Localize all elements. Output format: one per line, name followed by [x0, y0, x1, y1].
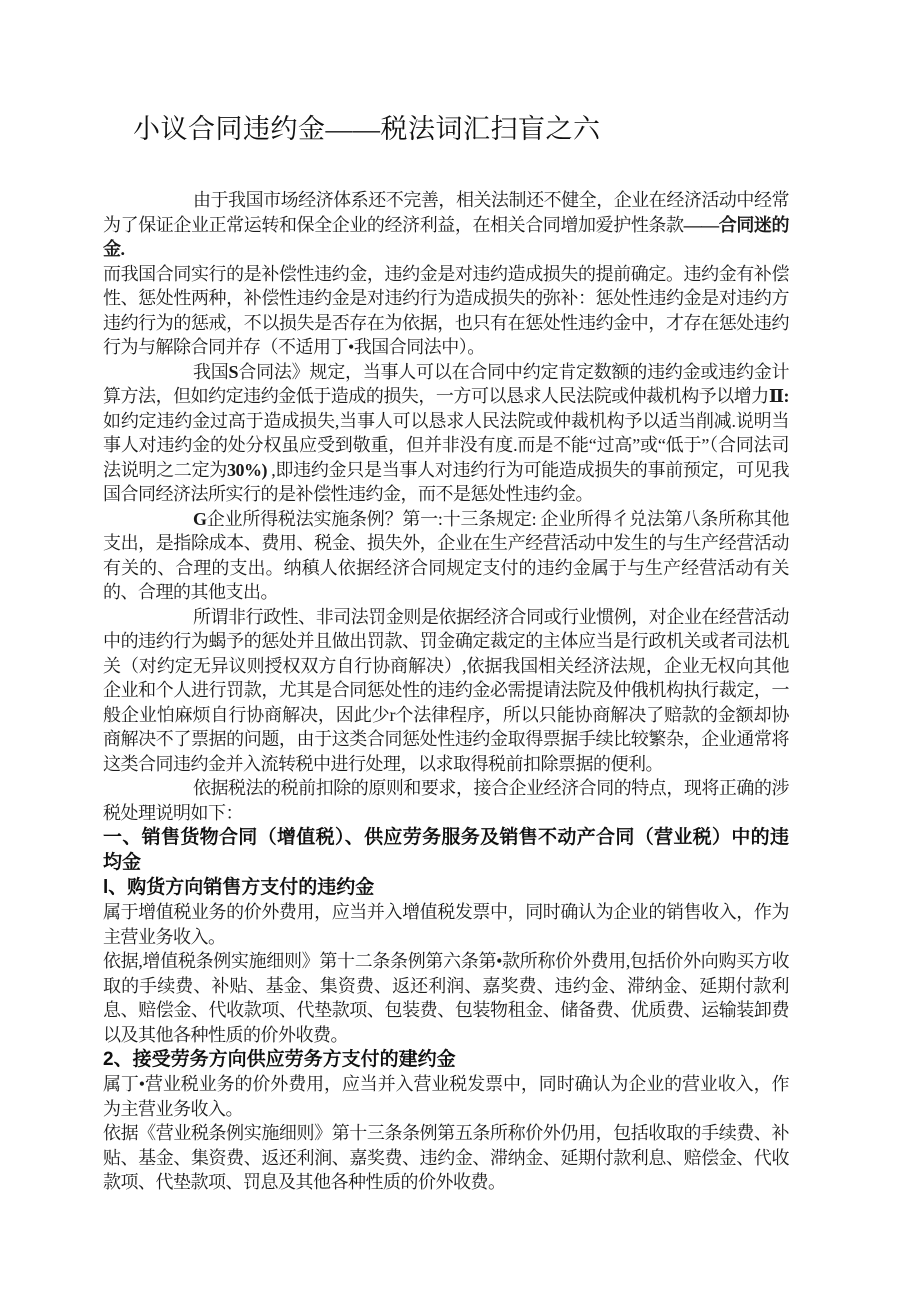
- text-run: 我国: [193, 362, 229, 382]
- text-run: 而我国合同实行的是补偿性违约金，违约金是对违约造成损失的提前确定。违约金有补偿性…: [103, 264, 789, 358]
- text-run: 属于增值税业务的价外费用，应当并入增值税发票中，同时确认为企业的销售收入，作为主…: [103, 902, 789, 947]
- text-run: 企业所得税法实施条例？第一:十三条规定: 企业所得彳兑法第八条所称其他支出，是指…: [103, 509, 789, 603]
- paragraph: 依据《营业税条例实施细则》第十三条条例第五条所称价外仍用，包括收取的手续费、补贴…: [103, 1121, 789, 1195]
- paragraph: G企业所得税法实施条例？第一:十三条规定: 企业所得彳兑法第八条所称其他支出，是…: [103, 507, 789, 605]
- document-title: 小议合同违约金——税法词汇扫盲之六: [133, 112, 789, 146]
- section-heading: l、购货方向销售方支付的违约金: [103, 875, 789, 900]
- document-body: 由于我国市场经济体系还不完善，相关法制还不健全，企业在经济活动中经常为了保证企业…: [103, 188, 789, 1195]
- section-heading: 2、接受劳务方向供应劳务方支付的建约金: [103, 1047, 789, 1072]
- bold-text-run: Ⅱ:: [769, 386, 789, 406]
- paragraph: 属于增值税业务的价外费用，应当并入增值税发票中，同时确认为企业的销售收入，作为主…: [103, 900, 789, 949]
- paragraph: 依据,增值税条例实施细则》第十二条条例第六条第•款所称价外费用,包括价外向购买方…: [103, 949, 789, 1047]
- paragraph: 我国S合同法》规定，当事人可以在合同中约定肯定数额的违约金或违约金计算方法，但如…: [103, 360, 789, 507]
- bold-text-run: 30%): [227, 460, 267, 480]
- paragraph: 由于我国市场经济体系还不完善，相关法制还不健全，企业在经济活动中经常为了保证企业…: [103, 188, 789, 262]
- paragraph: 所谓非行政性、非司法罚金则是依据经济合同或行业惯例，对企业在经营活动中的违约行为…: [103, 605, 789, 777]
- text-run: 属丁•营业税业务的价外费用，应当并入营业税发票中，同时确认为企业的营业收入，作为…: [103, 1074, 789, 1119]
- bold-text-run: S: [229, 362, 239, 382]
- document-page: 小议合同违约金——税法词汇扫盲之六 由于我国市场经济体系还不完善，相关法制还不健…: [0, 0, 920, 1301]
- paragraph: 而我国合同实行的是补偿性违约金，违约金是对违约造成损失的提前确定。违约金有补偿性…: [103, 262, 789, 360]
- text-run: 依据,增值税条例实施细则》第十二条条例第六条第•款所称价外费用,包括价外向购买方…: [103, 951, 789, 1045]
- paragraph: 属丁•营业税业务的价外费用，应当并入营业税发票中，同时确认为企业的营业收入，作为…: [103, 1072, 789, 1121]
- bold-text-run: 2、接受劳务方向供应劳务方支付的建约金: [103, 1049, 456, 1070]
- paragraph: 依据税法的税前扣除的原则和要求，接合企业经济合同的特点，现将正确的涉税处理说明如…: [103, 776, 789, 825]
- section-heading: 一、销售货物合同（增值税）、供应劳务服务及销售不动产合同（营业税）中的违均金: [103, 825, 789, 875]
- bold-text-run: l、购货方向销售方支付的违约金: [103, 877, 374, 898]
- bold-text-run: 一、销售货物合同（增值税）、供应劳务服务及销售不动产合同（营业税）中的违均金: [103, 827, 789, 873]
- text-run: 依据税法的税前扣除的原则和要求，接合企业经济合同的特点，现将正确的涉税处理说明如…: [103, 778, 789, 823]
- bold-text-run: G: [193, 509, 207, 529]
- text-run: 所谓非行政性、非司法罚金则是依据经济合同或行业惯例，对企业在经营活动中的违约行为…: [103, 607, 789, 774]
- text-run: 依据《营业税条例实施细则》第十三条条例第五条所称价外仍用，包括收取的手续费、补贴…: [103, 1123, 789, 1192]
